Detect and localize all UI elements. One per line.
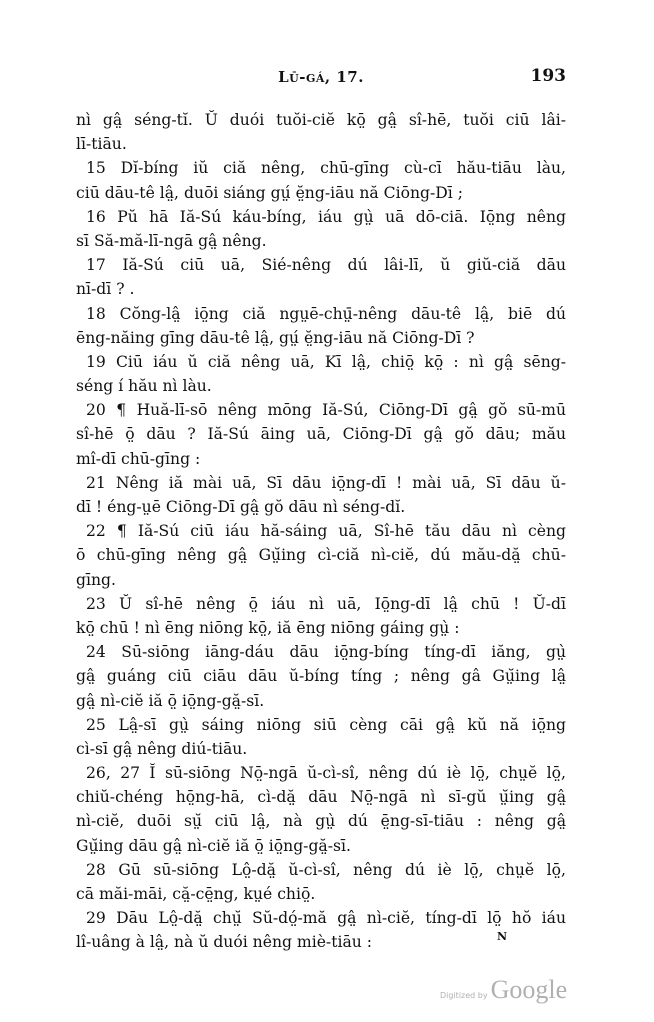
running-head: Lū-gá, 17. 193: [76, 68, 566, 92]
text-line: gīng.: [76, 568, 566, 592]
text-line: kō̤ chū ! nì ēng niōng kō̤, iă ēng niōng…: [76, 616, 566, 640]
text-line: 19 Ciū iáu ŭ ciă nêng uā, Kī lâ̤, chiō̤ …: [76, 350, 566, 374]
body-text: nì gâ̤ séng-tĭ. Ŭ duói tuŏi-ciĕ kō̤ gâ̤ …: [76, 108, 566, 955]
text-line: séng í hău nì làu.: [76, 374, 566, 398]
text-line: gâ̤ guáng ciū ciāu dāu ŭ-bíng tíng ; nên…: [76, 664, 566, 688]
text-line: 29 Dāu Lô̤-dă̤ chṳ̆ Sŭ-dó̤-mă gâ̤ nì-ciĕ…: [76, 906, 566, 930]
text-line: nì gâ̤ séng-tĭ. Ŭ duói tuŏi-ciĕ kō̤ gâ̤ …: [76, 108, 566, 132]
book-page: Lū-gá, 17. 193 nì gâ̤ séng-tĭ. Ŭ duói tu…: [0, 0, 654, 1022]
signature-mark: N: [497, 930, 507, 943]
text-line: 20 ¶ Huă-lī-sō nêng mōng Iă-Sú, Ciōng-Dī…: [76, 398, 566, 422]
text-line: 15 Dĭ-bíng iŭ ciă nêng, chū-gīng cù-cī h…: [76, 156, 566, 180]
google-logo-text: Google: [491, 975, 568, 1005]
text-line: 25 Lâ̤-sī gṳ̀ sáing niōng siū cèng cāi g…: [76, 713, 566, 737]
text-line: 17 Iă-Sú ciū uā, Sié-nêng dú lâi-lī, ŭ g…: [76, 253, 566, 277]
text-line: nī-dī ? .: [76, 277, 566, 301]
text-line: cì-sī gâ̤ nêng diú-tiāu.: [76, 737, 566, 761]
text-line: dī ! éng-ṳē Ciōng-Dī gâ̤ gŏ dāu nì séng-…: [76, 495, 566, 519]
page-number: 193: [531, 66, 567, 86]
text-line: gâ̤ nì-ciĕ iă ō̤ iō̤ng-gă̤-sī.: [76, 689, 566, 713]
text-line: sî-hē ō̤ dāu ? Iă-Sú āing uā, Ciōng-Dī g…: [76, 422, 566, 446]
text-line: 28 Gū sū-siōng Lô̤-dă̤ ŭ-cì-sî, nêng dú …: [76, 858, 566, 882]
text-line: sī Să-mă-lī-ngā gâ̤ nêng.: [76, 229, 566, 253]
text-line: ēng-năing gīng dāu-tê lâ̤, gṳ́ ĕ̤ng-iāu …: [76, 326, 566, 350]
text-line: lī-tiāu.: [76, 132, 566, 156]
text-line: mî-dī chū-gīng :: [76, 447, 566, 471]
text-line: ciū dāu-tê lâ̤, duōi siáng gṳ́ ĕ̤ng-iāu …: [76, 181, 566, 205]
text-line: Gṳ̆ing dāu gâ̤ nì-ciĕ iă ō̤ iō̤ng-gă̤-sī…: [76, 834, 566, 858]
text-line: 21 Nêng iă mài uā, Sī dāu iō̤ng-dī ! mài…: [76, 471, 566, 495]
digitized-by-google-watermark: Digitized by Google: [440, 975, 567, 1005]
text-line: 24 Sū-siōng iāng-dáu dāu iō̤ng-bíng tíng…: [76, 640, 566, 664]
text-line: 16 Pŭ hā Iă-Sú káu-bíng, iáu gṳ̀ uā dō-c…: [76, 205, 566, 229]
text-line: chiŭ-chéng hō̤ng-hā, cì-dă̤ dāu Nō̤-ngā …: [76, 785, 566, 809]
text-line: 22 ¶ Iă-Sú ciū iáu hă-sáing uā, Sî-hē tă…: [76, 519, 566, 543]
text-line: nì-ciĕ, duōi sṳ̆ ciū lâ̤, nà gṳ̀ dú ē̤ng…: [76, 809, 566, 833]
text-line: 26, 27 Ĭ sū-siōng Nō̤-ngā ŭ-cì-sî, nêng …: [76, 761, 566, 785]
running-title-text: Lū-gá, 17.: [278, 68, 364, 86]
text-line: ō chū-gīng nêng gâ̤ Gṳ̆ing cì-ciă nì-ciĕ…: [76, 543, 566, 567]
text-line: 23 Ŭ sî-hē nêng ō̤ iáu nì uā, Iō̤ng-dī l…: [76, 592, 566, 616]
text-line: 18 Cŏng-lâ̤ iō̤ng ciă ngṳē-chṳ̄-nêng dāu…: [76, 302, 566, 326]
text-line: lî-uâng à lâ̤, nà ŭ duói nêng miè-tiāu :: [76, 930, 566, 954]
text-line: cā măi-māi, că̤-cē̤ng, kṳé chiō̤.: [76, 882, 566, 906]
running-title: Lū-gá, 17.: [76, 68, 566, 86]
watermark-small-text: Digitized by: [440, 991, 488, 1000]
